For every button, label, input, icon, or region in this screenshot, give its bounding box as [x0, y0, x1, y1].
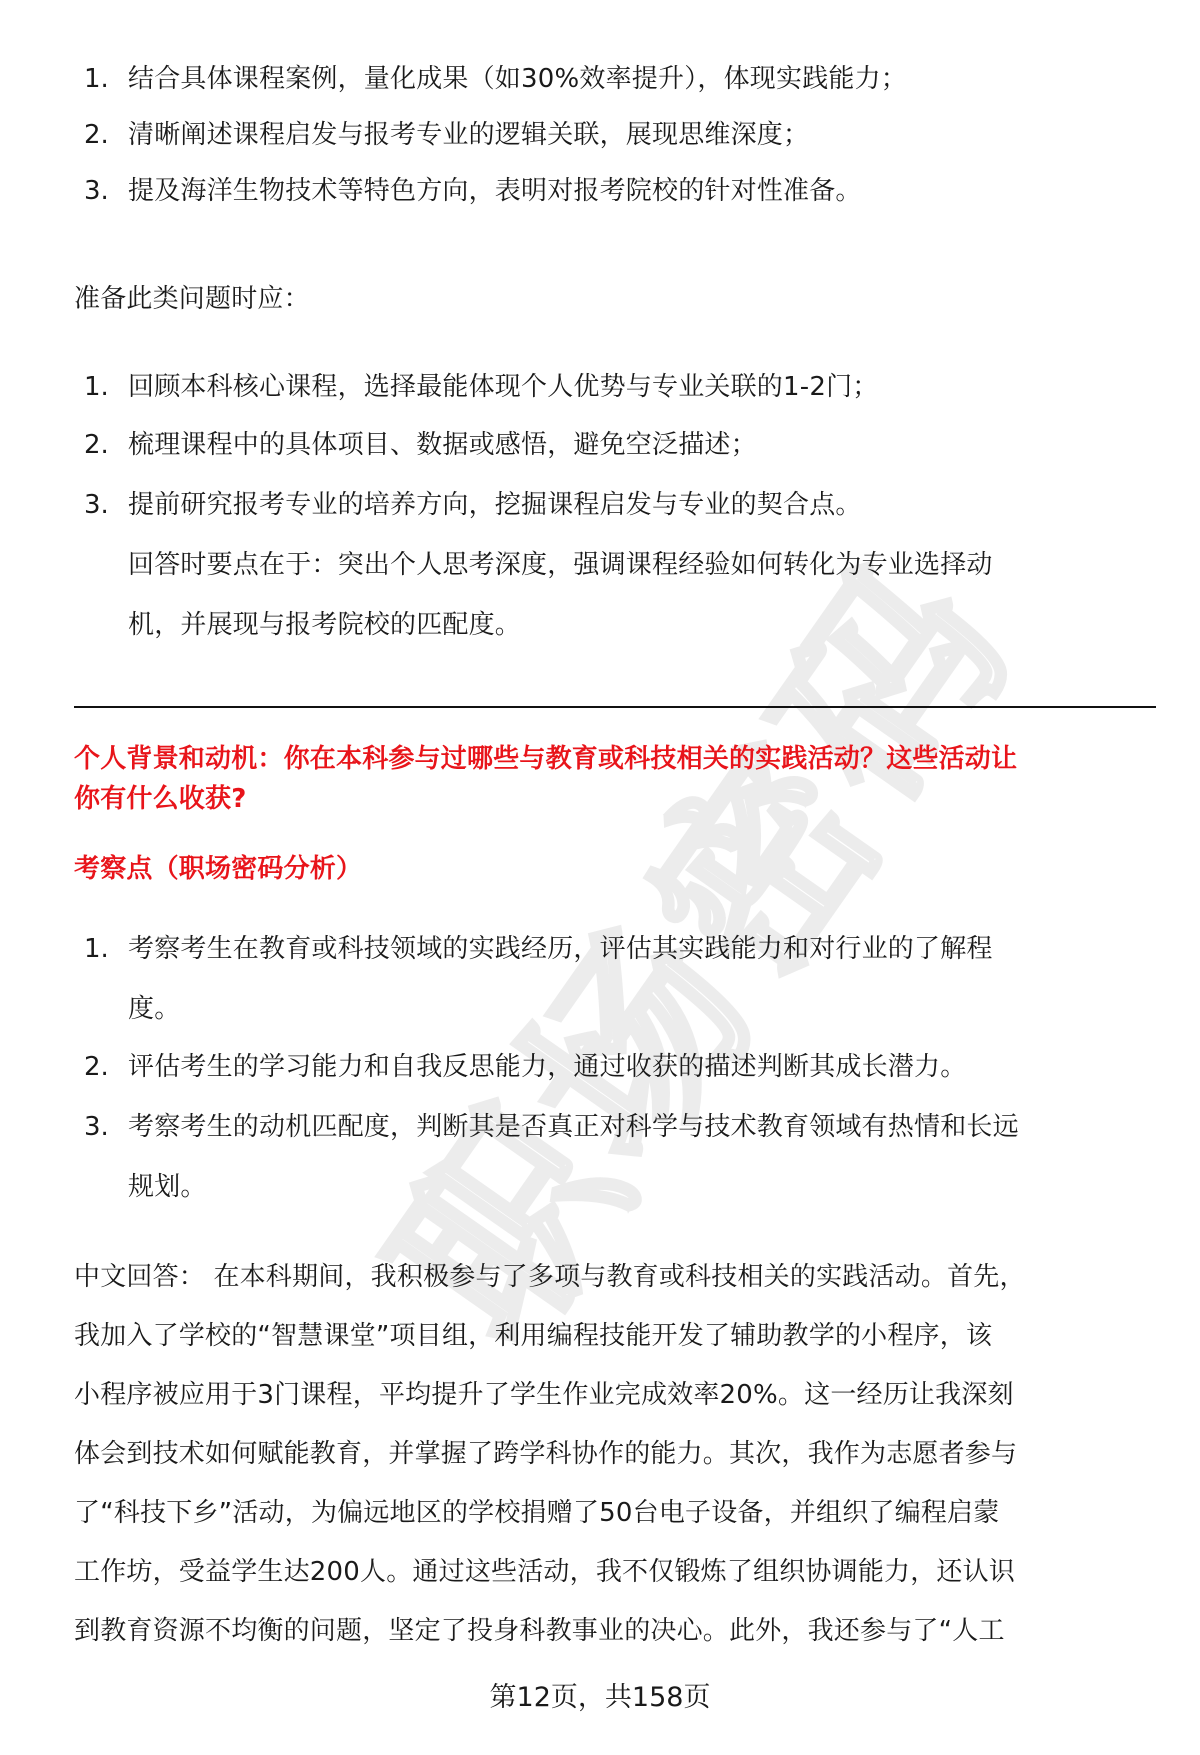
- analysis-heading: 考察点（职场密码分析）: [74, 852, 362, 886]
- list-number: 2.: [84, 1050, 109, 1084]
- list-item: 清晰阐述课程启发与报考专业的逻辑关联，展现思维深度；: [128, 118, 809, 152]
- list-item: 评估考生的学习能力和自我反思能力，通过收获的描述判断其成长潜力。: [128, 1050, 966, 1084]
- list-item-continuation: 规划。: [128, 1170, 207, 1204]
- list-number: 3.: [84, 488, 109, 522]
- answer-line: 了“科技下乡”活动，为偏远地区的学校捐赠了50台电子设备，并组织了编程启蒙: [74, 1496, 999, 1530]
- list-number: 1.: [84, 370, 109, 404]
- question-line: 你有什么收获?: [74, 782, 246, 816]
- answer-line: 到教育资源不均衡的问题，坚定了投身科教事业的决心。此外，我还参与了“人工: [74, 1614, 1005, 1648]
- list-item: 提及海洋生物技术等特色方向，表明对报考院校的针对性准备。: [128, 174, 862, 208]
- list-number: 2.: [84, 118, 109, 152]
- section-divider: [74, 706, 1156, 708]
- list-item: 结合具体课程案例，量化成果（如30%效率提升），体现实践能力；: [128, 62, 907, 96]
- prep-heading: 准备此类问题时应：: [74, 282, 310, 316]
- list-item: 提前研究报考专业的培养方向，挖掘课程启发与专业的契合点。: [128, 488, 862, 522]
- answer-line: 中文回答： 在本科期间，我积极参与了多项与教育或科技相关的实践活动。首先，: [74, 1260, 1026, 1294]
- answer-line: 我加入了学校的“智慧课堂”项目组，利用编程技能开发了辅助教学的小程序，该: [74, 1319, 992, 1353]
- list-number: 3.: [84, 1110, 109, 1144]
- list-number: 1.: [84, 932, 109, 966]
- summary-line: 回答时要点在于：突出个人思考深度，强调课程经验如何转化为专业选择动: [128, 548, 993, 582]
- list-item: 考察考生的动机匹配度，判断其是否真正对科学与技术教育领域有热情和长远: [128, 1110, 1019, 1144]
- list-item: 梳理课程中的具体项目、数据或感悟，避免空泛描述；: [128, 428, 757, 462]
- list-item: 考察考生在教育或科技领域的实践经历，评估其实践能力和对行业的了解程: [128, 932, 993, 966]
- answer-line: 体会到技术如何赋能教育，并掌握了跨学科协作的能力。其次，我作为志愿者参与: [74, 1437, 1017, 1471]
- list-number: 1.: [84, 62, 109, 96]
- list-item: 回顾本科核心课程，选择最能体现个人优势与专业关联的1-2门；: [128, 370, 878, 404]
- answer-line: 小程序被应用于3门课程，平均提升了学生作业完成效率20%。这一经历让我深刻: [74, 1378, 1014, 1412]
- list-number: 3.: [84, 174, 109, 208]
- answer-line: 工作坊，受益学生达200人。通过这些活动，我不仅锻炼了组织协调能力，还认识: [74, 1555, 1015, 1589]
- question-line: 个人背景和动机：你在本科参与过哪些与教育或科技相关的实践活动？这些活动让: [74, 742, 1017, 776]
- page-number: 第12页，共158页: [0, 1680, 1200, 1716]
- list-item-continuation: 度。: [128, 992, 180, 1026]
- summary-line: 机，并展现与报考院校的匹配度。: [128, 608, 521, 642]
- list-number: 2.: [84, 428, 109, 462]
